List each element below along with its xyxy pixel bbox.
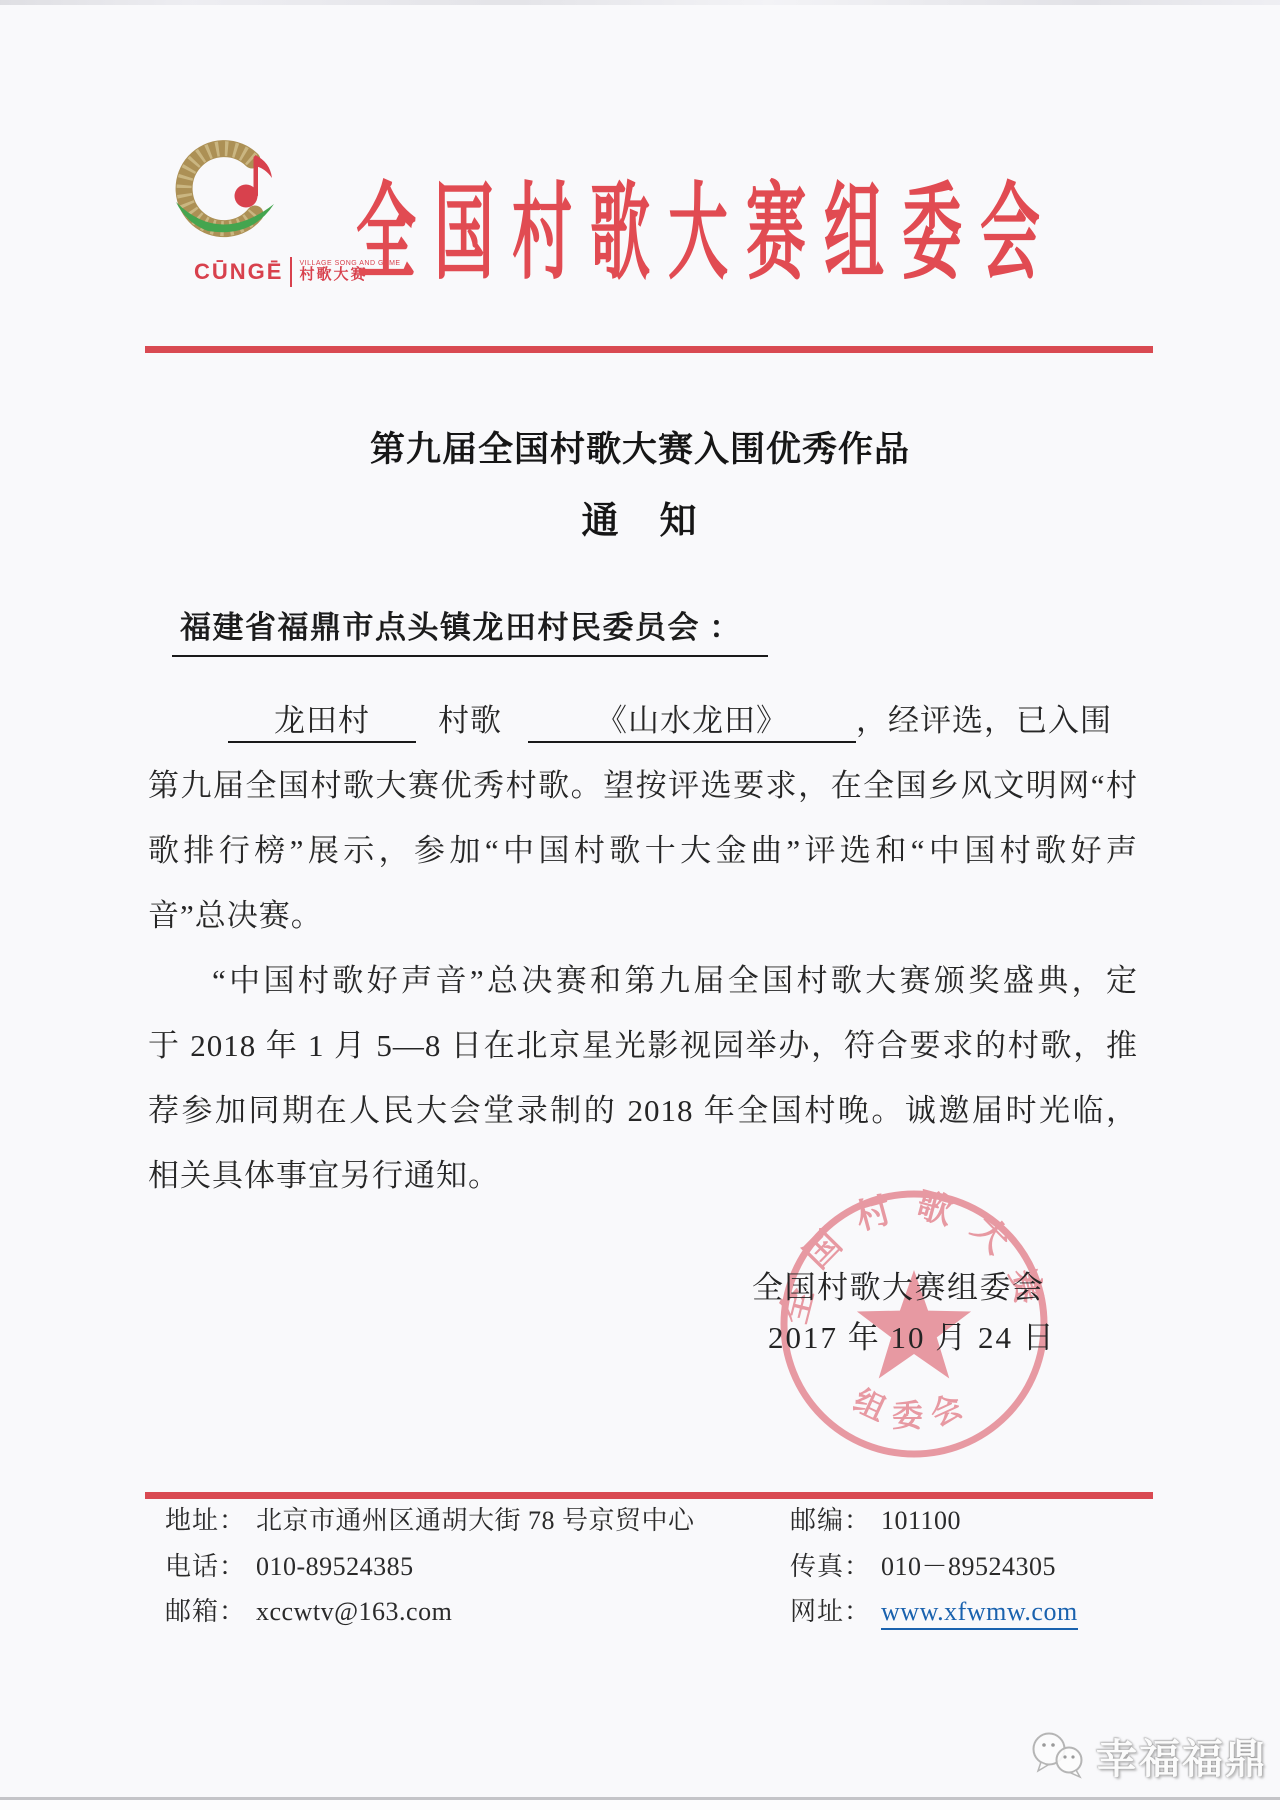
body-line-1: 龙田村村歌《山水龙田》，经评选，已入围	[148, 688, 1138, 753]
logo-latin-text: CŪNGĒ	[194, 259, 283, 285]
phone-label: 电话：	[165, 1552, 246, 1581]
wechat-icon	[1028, 1730, 1090, 1782]
body-line-7: 荐参加同期在人民大会堂录制的 2018 年全国村晚。诚邀届时光临，	[148, 1078, 1138, 1143]
body-line-2: 第九届全国村歌大赛优秀村歌。望按评选要求，在全国乡风文明网“村	[148, 753, 1138, 818]
wechat-watermark: 幸福福鼎	[1028, 1726, 1268, 1785]
email-value: xccwtv@163.com	[256, 1597, 452, 1626]
body-line-4: 音”总决赛。	[148, 883, 1138, 948]
seal-bottom-text: 组委会	[848, 1383, 979, 1434]
signature-org: 全国村歌大赛组委会	[752, 1262, 1045, 1307]
svg-text:组委会: 组委会	[848, 1383, 979, 1434]
letterhead-rule	[145, 346, 1153, 353]
body-line-1-rest: ，经评选，已入围	[856, 703, 1112, 738]
village-name-blank: 龙田村	[228, 701, 416, 743]
document-subtitle: 通 知	[0, 490, 1280, 544]
footer-rule	[145, 1492, 1153, 1499]
address-value: 北京市通州区通胡大街 78 号京贸中心	[256, 1506, 695, 1535]
phone-value: 010-89524385	[256, 1552, 414, 1581]
scan-edge-top	[0, 0, 1280, 5]
logo-divider	[290, 257, 292, 287]
song-title-blank: 《山水龙田》	[528, 701, 856, 743]
website-label: 网址：	[790, 1597, 871, 1626]
body-line-3: 歌排行榜”展示，参加“中国村歌十大金曲”评选和“中国村歌好声	[148, 818, 1138, 883]
scan-edge-bottom-white	[0, 1800, 1280, 1810]
notice-body: 龙田村村歌《山水龙田》，经评选，已入围 第九届全国村歌大赛优秀村歌。望按评选要求…	[148, 688, 1138, 1208]
document-title: 第九届全国村歌大赛入围优秀作品	[0, 422, 1280, 472]
website-link[interactable]: www.xfwmw.com	[881, 1597, 1078, 1630]
email-label: 邮箱：	[165, 1597, 246, 1626]
cunge-logo-icon	[160, 134, 330, 265]
watermark-text: 幸福福鼎	[1096, 1726, 1268, 1785]
letterhead-org-name: 全国村歌大赛组委会	[356, 150, 1076, 301]
body-line-6: 于 2018 年 1 月 5—8 日在北京星光影视园举办，符合要求的村歌，推	[148, 1013, 1138, 1078]
scanned-notice-document: CŪNGĒ VILLAGE SONG AND GAME 村歌大赛 全国村歌大赛组…	[0, 0, 1280, 1810]
address-label: 地址：	[165, 1506, 246, 1535]
fax-label: 传真：	[790, 1552, 871, 1581]
postcode-label: 邮编：	[790, 1506, 871, 1535]
signature-date: 2017 年 10 月 24 日	[768, 1312, 1056, 1357]
song-label: 村歌	[438, 703, 502, 738]
fax-value: 010－89524305	[881, 1552, 1056, 1581]
postcode-value: 101100	[881, 1506, 961, 1535]
body-line-5: “中国村歌好声音”总决赛和第九届全国村歌大赛颁奖盛典，定	[148, 948, 1138, 1013]
recipient-line: 福建省福鼎市点头镇龙田村民委员会 ：	[172, 602, 768, 657]
